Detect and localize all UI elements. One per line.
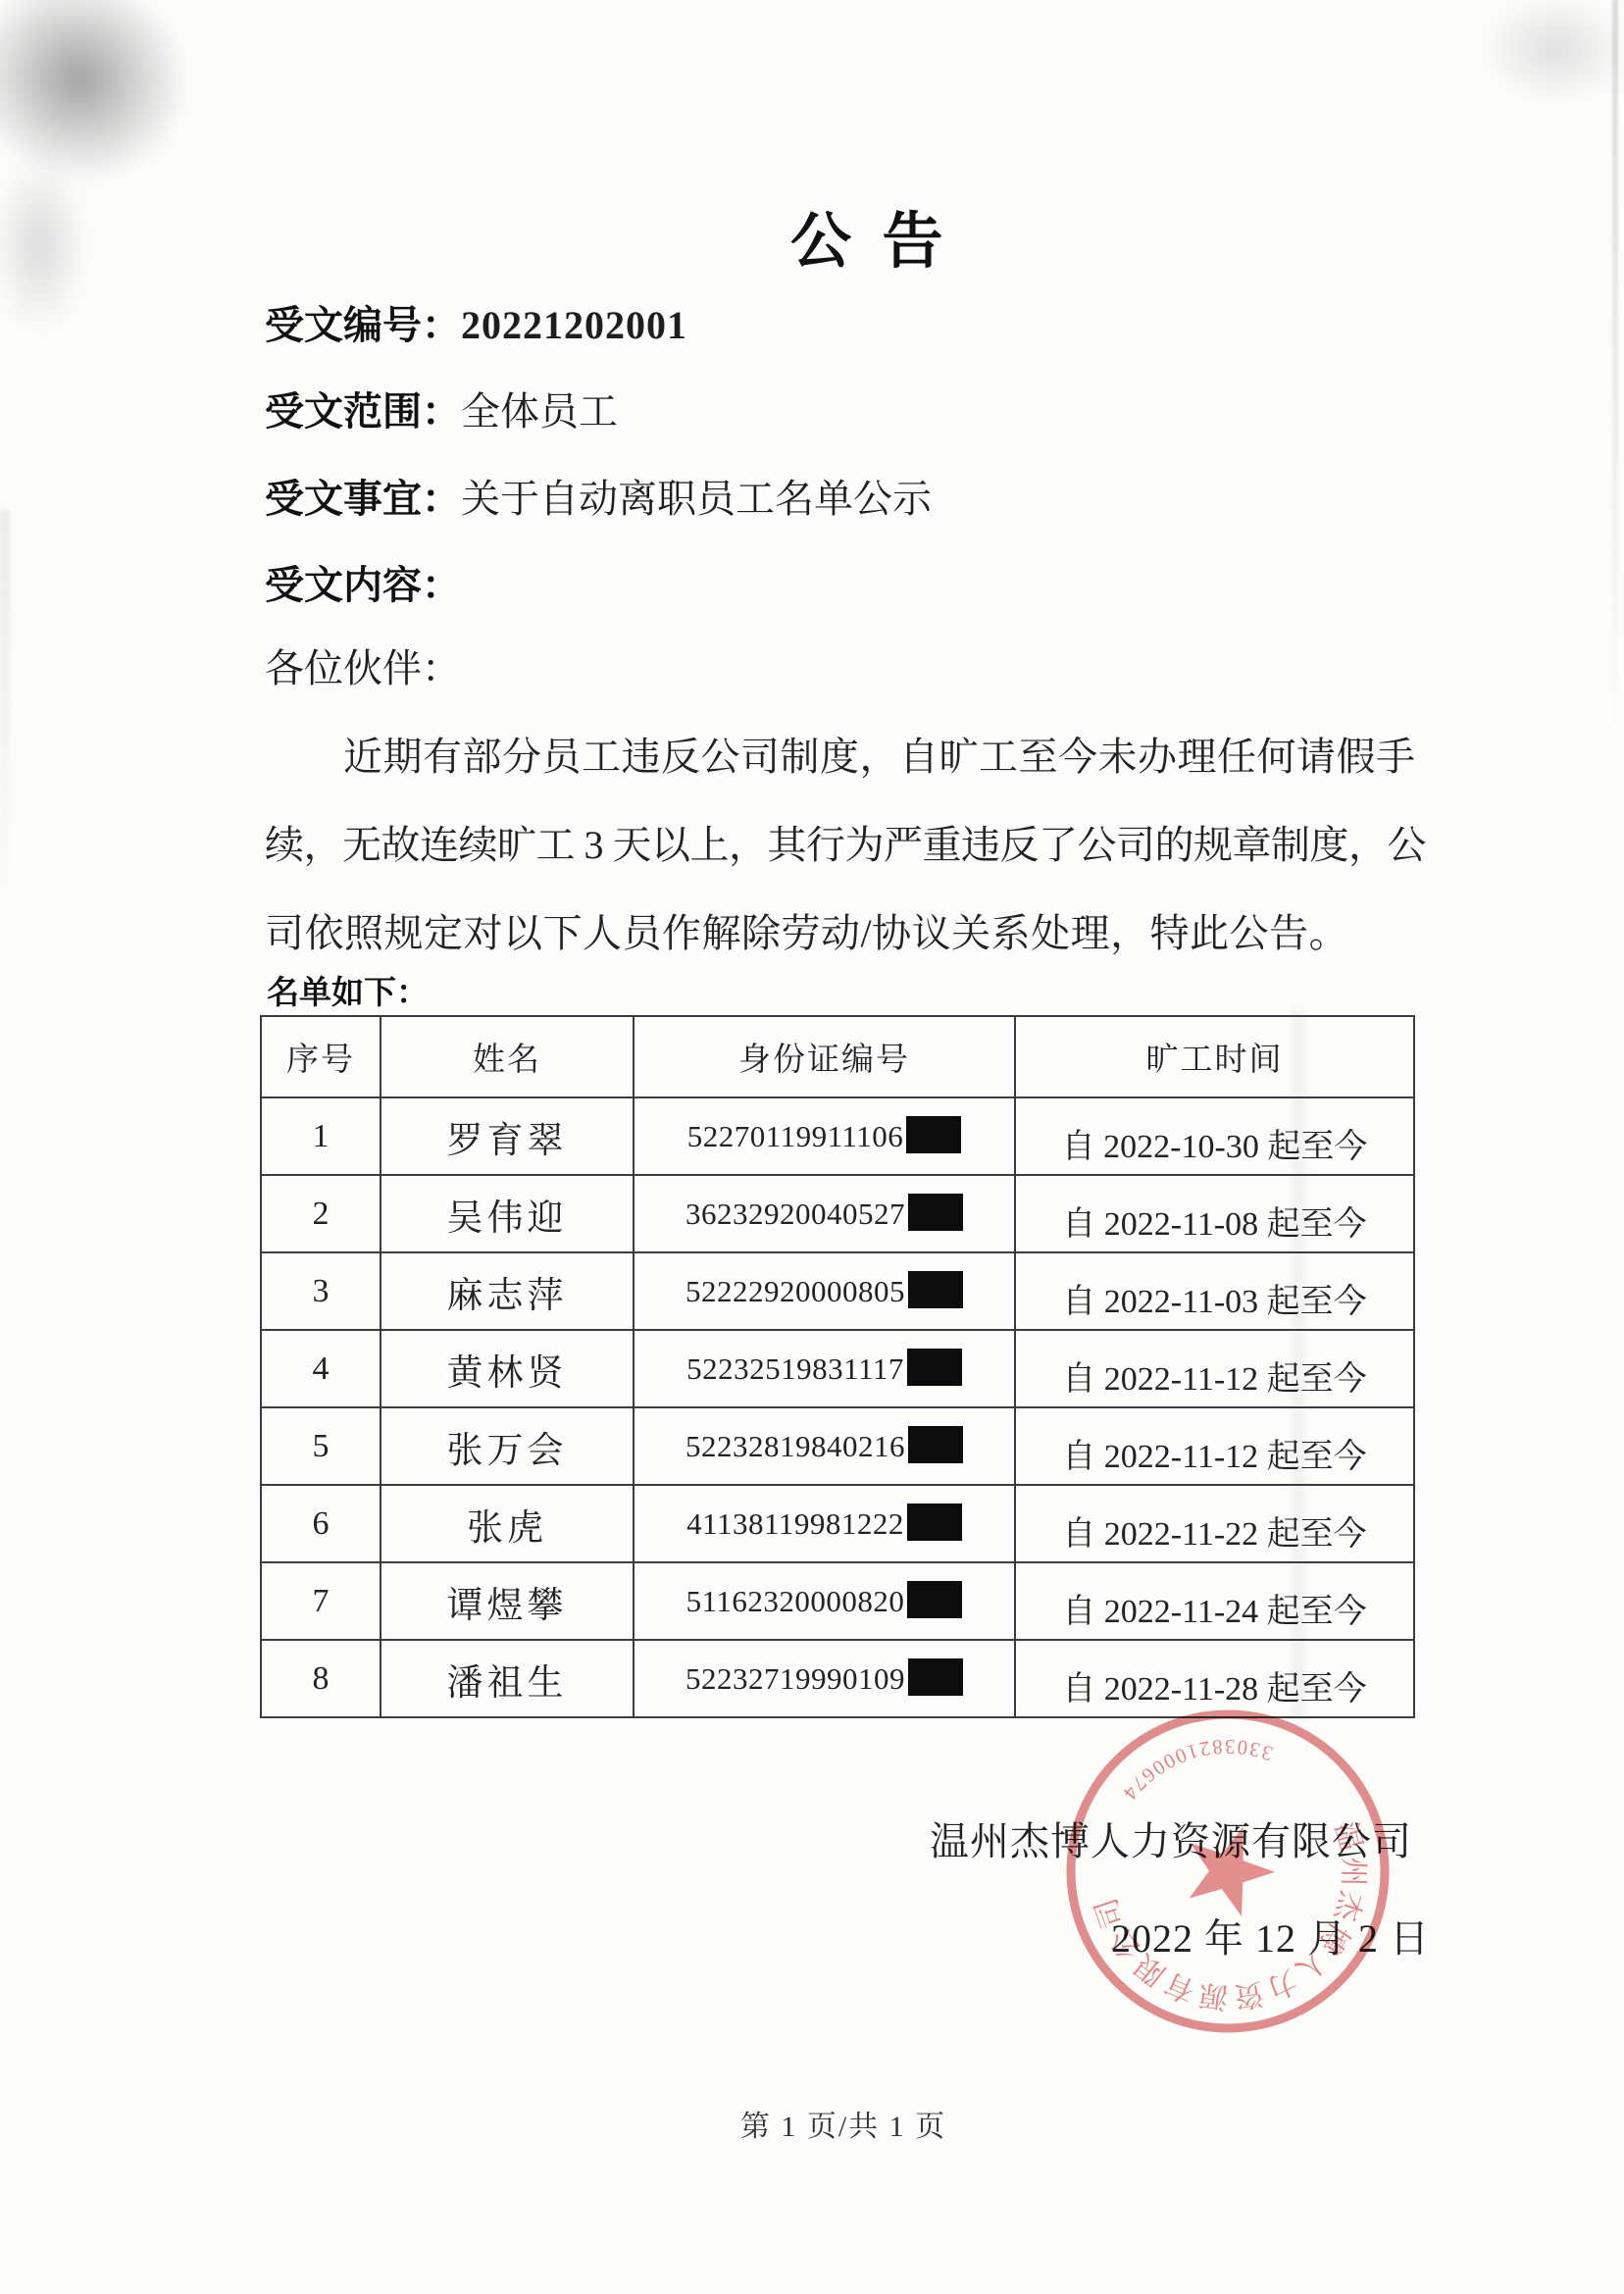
table-row: 8 潘祖生 52232719990109 自 2022-11-28 起至今: [261, 1640, 1414, 1717]
document-page: 公 告 受文编号：20221202001 受文范围：全体员工 受文事宜：关于自动…: [0, 0, 1624, 2294]
seal-ring: [1059, 1703, 1396, 2040]
cell-no: 4: [261, 1330, 381, 1407]
cell-name: 张万会: [381, 1407, 634, 1485]
table-row: 1 罗育翠 52270119911106 自 2022-10-30 起至今: [261, 1097, 1414, 1175]
cell-no: 7: [261, 1562, 381, 1640]
header-no: 序号: [261, 1016, 381, 1097]
body-line: 近期有部分员工违反公司制度，自旷工至今未办理任何请假手: [343, 726, 1416, 782]
cell-name: 麻志萍: [381, 1252, 634, 1330]
absentee-table: 序号 姓名 身份证编号 旷工时间 1 罗育翠 52270119911106 自 …: [260, 1015, 1415, 1718]
table-row: 5 张万会 52232819840216 自 2022-11-12 起至今: [261, 1407, 1414, 1485]
scan-edge-right: [1612, 0, 1618, 745]
cell-name: 张虎: [381, 1485, 634, 1562]
field-subject: 受文事宜：关于自动离职员工名单公示: [265, 468, 932, 524]
scan-smudge-left: [0, 118, 108, 373]
field-doc-number-value: 20221202001: [461, 303, 687, 347]
redaction-box: [908, 1194, 963, 1231]
scan-smudge-top-left: [0, 0, 261, 255]
seal-number-arc-text: 3303821000674: [1108, 1716, 1281, 1810]
cell-period: 自 2022-11-08 起至今: [1015, 1175, 1414, 1252]
id-digits: 52232519831117: [686, 1351, 904, 1386]
cell-id: 52232719990109: [634, 1640, 1015, 1717]
redaction-box: [907, 1581, 962, 1618]
cell-no: 1: [261, 1097, 381, 1175]
field-content: 受文内容：: [265, 554, 461, 610]
header-name: 姓名: [381, 1016, 634, 1097]
cell-no: 3: [261, 1252, 381, 1330]
redaction-box: [908, 1426, 963, 1463]
field-content-label: 受文内容：: [265, 563, 461, 607]
table-row: 6 张虎 41138119981222 自 2022-11-22 起至今: [261, 1485, 1414, 1562]
page-title: 公 告: [790, 192, 945, 280]
cell-no: 5: [261, 1407, 381, 1485]
cell-id: 52222920000805: [634, 1252, 1015, 1330]
cell-period: 自 2022-11-22 起至今: [1015, 1485, 1414, 1562]
cell-no: 6: [261, 1485, 381, 1562]
redaction-box: [907, 1349, 962, 1386]
table-row: 4 黄林贤 52232519831117 自 2022-11-12 起至今: [261, 1330, 1414, 1407]
field-scope: 受文范围：全体员工: [265, 381, 618, 436]
scan-smudge-top-right: [1447, 0, 1624, 127]
cell-period: 自 2022-10-30 起至今: [1015, 1097, 1414, 1175]
cell-period: 自 2022-11-12 起至今: [1015, 1407, 1414, 1485]
signature-date: 2022 年 12 月 2 日: [1111, 1908, 1430, 1963]
cell-name: 潘祖生: [381, 1640, 634, 1717]
cell-period: 自 2022-11-24 起至今: [1015, 1562, 1414, 1640]
body-line: 司依照规定对以下人员作解除劳动/协议关系处理，特此公告。: [265, 902, 1348, 958]
id-digits: 41138119981222: [686, 1506, 904, 1541]
id-digits: 52232719990109: [685, 1661, 905, 1696]
header-period: 旷工时间: [1015, 1016, 1414, 1097]
cell-name: 黄林贤: [381, 1330, 634, 1407]
redaction-box: [906, 1116, 961, 1153]
cell-period: 自 2022-11-28 起至今: [1015, 1640, 1414, 1717]
field-doc-number-label: 受文编号：: [265, 303, 461, 347]
field-scope-label: 受文范围：: [265, 389, 461, 433]
table-row: 2 吴伟迎 36232920040527 自 2022-11-08 起至今: [261, 1175, 1414, 1252]
cell-name: 谭煜攀: [381, 1562, 634, 1640]
cell-no: 2: [261, 1175, 381, 1252]
table-header-row: 序号 姓名 身份证编号 旷工时间: [261, 1016, 1414, 1097]
body-line: 续，无故连续旷工 3 天以上，其行为严重违反了公司的规章制度，公: [265, 814, 1426, 870]
redaction-box: [908, 1658, 963, 1696]
cell-no: 8: [261, 1640, 381, 1717]
list-intro: 名单如下：: [267, 967, 429, 1013]
id-digits: 52232819840216: [685, 1429, 905, 1463]
field-doc-number: 受文编号：20221202001: [265, 294, 687, 350]
id-digits: 36232920040527: [685, 1197, 905, 1231]
redaction-box: [908, 1271, 963, 1308]
id-digits: 52270119911106: [687, 1119, 904, 1153]
signature-company: 温州杰博人力资源有限公司: [930, 1810, 1412, 1866]
field-subject-value: 关于自动离职员工名单公示: [461, 477, 932, 521]
table-row: 3 麻志萍 52222920000805 自 2022-11-03 起至今: [261, 1252, 1414, 1330]
scan-edge-left: [0, 510, 10, 922]
id-digits: 51162320000820: [686, 1584, 905, 1618]
cell-period: 自 2022-11-12 起至今: [1015, 1330, 1414, 1407]
header-id: 身份证编号: [634, 1016, 1015, 1097]
cell-name: 罗育翠: [381, 1097, 634, 1175]
id-digits: 52222920000805: [685, 1274, 905, 1308]
cell-id: 52232819840216: [634, 1407, 1015, 1485]
table-row: 7 谭煜攀 51162320000820 自 2022-11-24 起至今: [261, 1562, 1414, 1640]
company-seal: 温州杰博人力资源有限公司 3303821000674: [1059, 1703, 1396, 2040]
salutation: 各位伙伴：: [265, 637, 461, 693]
field-subject-label: 受文事宜：: [265, 477, 461, 521]
cell-period: 自 2022-11-03 起至今: [1015, 1252, 1414, 1330]
cell-id: 41138119981222: [634, 1485, 1015, 1562]
page-footer: 第 1 页/共 1 页: [740, 2102, 946, 2145]
field-scope-value: 全体员工: [461, 389, 618, 433]
cell-name: 吴伟迎: [381, 1175, 634, 1252]
redaction-box: [907, 1504, 962, 1541]
cell-id: 51162320000820: [634, 1562, 1015, 1640]
cell-id: 36232920040527: [634, 1175, 1015, 1252]
svg-text:3303821000674: 3303821000674: [1108, 1716, 1281, 1810]
cell-id: 52232519831117: [634, 1330, 1015, 1407]
cell-id: 52270119911106: [634, 1097, 1015, 1175]
